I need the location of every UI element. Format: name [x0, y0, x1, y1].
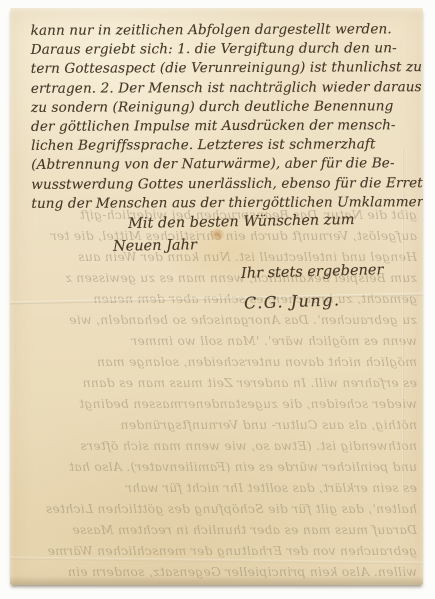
- letter-photograph: gibt die Natur. Das Beanspruchen bei wid…: [0, 0, 435, 599]
- paper-bottom-shadow: [10, 576, 423, 585]
- letter-page: gibt die Natur. Das Beanspruchen bei wid…: [10, 8, 423, 585]
- closing-wish-line-2: Neuen Jahr: [113, 237, 197, 254]
- letter-closing: Mit den besten Wünschen zum Neuen Jahr I…: [10, 8, 423, 585]
- closing-wish-line-1: Mit den besten Wünschen zum: [128, 212, 355, 232]
- closing-valediction: Ihr stets ergebener: [241, 262, 384, 282]
- signature: C.G. Jung.: [244, 290, 341, 312]
